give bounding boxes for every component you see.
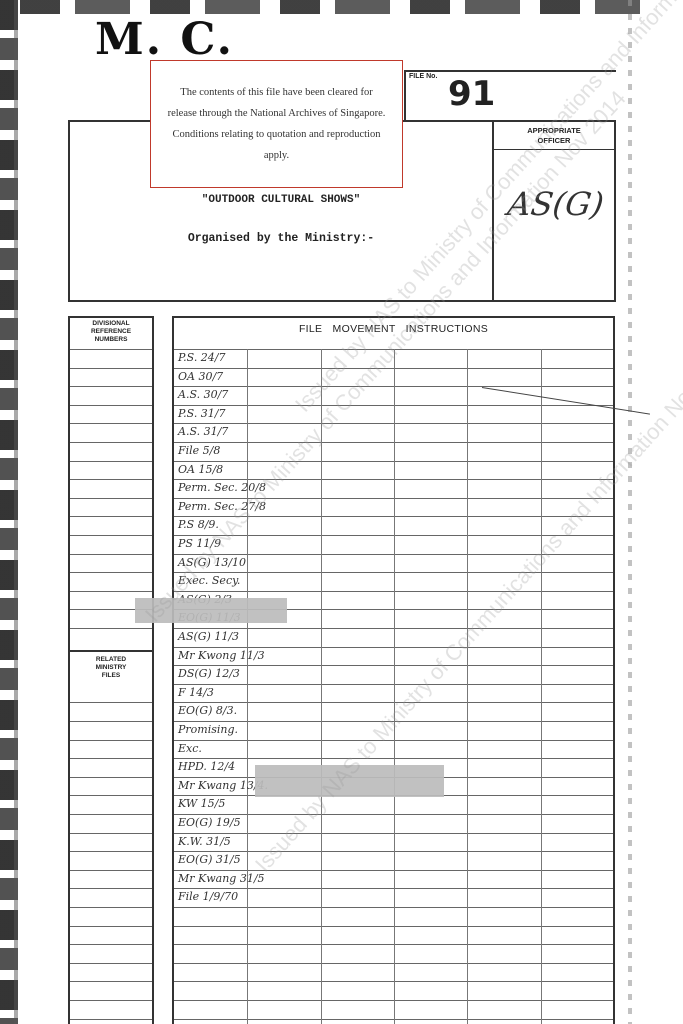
movement-entry: F 14/3 bbox=[178, 686, 214, 699]
movement-entry: OA 15/8 bbox=[178, 463, 223, 476]
table-column-line bbox=[321, 349, 322, 1024]
divisional-row-line bbox=[70, 833, 152, 834]
movement-entry: AS(G) 11/3 bbox=[178, 630, 239, 643]
divisional-row-line bbox=[70, 591, 152, 592]
divisional-row-line bbox=[70, 461, 152, 462]
divisional-row-line bbox=[70, 386, 152, 387]
notice-line: Conditions relating to quotation and rep… bbox=[151, 124, 402, 145]
release-notice: The contents of this file have been clea… bbox=[150, 60, 403, 188]
notice-line: apply. bbox=[151, 145, 402, 166]
related-files-divider bbox=[70, 650, 152, 652]
scan-edge-left-inner bbox=[14, 0, 18, 1024]
movement-entry: P.S. 24/7 bbox=[178, 351, 226, 364]
table-column-line bbox=[247, 349, 248, 1024]
divisional-row-line bbox=[70, 721, 152, 722]
movement-entry: HPD. 12/4 bbox=[178, 760, 235, 773]
divisional-row-line bbox=[70, 981, 152, 982]
div-label-line1: DIVISIONAL bbox=[70, 320, 152, 328]
movement-entry: KW 15/5 bbox=[178, 797, 225, 810]
movement-entry: EO(G) 8/3. bbox=[178, 704, 237, 717]
file-number-value: 91 bbox=[448, 74, 495, 114]
movement-entry: A.S. 30/7 bbox=[178, 388, 228, 401]
movement-entry: A.S. 31/7 bbox=[178, 425, 228, 438]
table-column-line bbox=[541, 349, 542, 1024]
movement-entry: DS(G) 12/3 bbox=[178, 667, 240, 680]
rel-label-line3: FILES bbox=[70, 672, 152, 680]
divisional-row-line bbox=[70, 498, 152, 499]
notice-line: release through the National Archives of… bbox=[151, 103, 402, 124]
movement-entry: EO(G) 19/5 bbox=[178, 816, 241, 829]
divisional-reference-label: DIVISIONAL REFERENCE NUMBERS bbox=[70, 320, 152, 344]
divisional-row-line bbox=[70, 702, 152, 703]
movement-entry: File 5/8 bbox=[178, 444, 220, 457]
divisional-row-line bbox=[70, 554, 152, 555]
divisional-row-line bbox=[70, 740, 152, 741]
movement-entry: Exc. bbox=[178, 742, 202, 755]
scan-edge-right bbox=[628, 0, 632, 1024]
divisional-row-line bbox=[70, 516, 152, 517]
movement-entry: File 1/9/70 bbox=[178, 890, 238, 903]
divisional-row-line bbox=[70, 349, 152, 350]
div-label-line3: NUMBERS bbox=[70, 336, 152, 344]
divisional-row-line bbox=[70, 1019, 152, 1020]
divisional-row-line bbox=[70, 423, 152, 424]
divisional-row-line bbox=[70, 758, 152, 759]
divisional-row-line bbox=[70, 888, 152, 889]
rel-label-line1: RELATED bbox=[70, 656, 152, 664]
movement-entry: Mr Kwong 11/3 bbox=[178, 649, 265, 662]
divisional-row-line bbox=[70, 851, 152, 852]
divisional-row-line bbox=[70, 1000, 152, 1001]
movement-entry: EO(G) 31/5 bbox=[178, 853, 241, 866]
divisional-row-line bbox=[70, 944, 152, 945]
movement-entry: K.W. 31/5 bbox=[178, 835, 231, 848]
table-column-line bbox=[394, 349, 395, 1024]
divisional-row-line bbox=[70, 405, 152, 406]
div-label-line2: REFERENCE bbox=[70, 328, 152, 336]
file-number-label: FILE No. bbox=[409, 73, 437, 80]
file-mark: M. C. bbox=[95, 14, 234, 65]
divisional-row-line bbox=[70, 535, 152, 536]
divisional-row-line bbox=[70, 479, 152, 480]
divisional-row-line bbox=[70, 870, 152, 871]
divisional-row-line bbox=[70, 814, 152, 815]
divisional-row-line bbox=[70, 963, 152, 964]
movement-entry: Mr Kwang 31/5 bbox=[178, 872, 265, 885]
divisional-row-line bbox=[70, 795, 152, 796]
divisional-row-line bbox=[70, 572, 152, 573]
divisional-row-line bbox=[70, 368, 152, 369]
related-ministry-files-label: RELATED MINISTRY FILES bbox=[70, 656, 152, 680]
movement-entry: OA 30/7 bbox=[178, 370, 223, 383]
scan-edge-top bbox=[20, 0, 640, 14]
movement-entry: P.S. 31/7 bbox=[178, 407, 226, 420]
divisional-row-line bbox=[70, 926, 152, 927]
divisional-row-line bbox=[70, 628, 152, 629]
divisional-row-line bbox=[70, 907, 152, 908]
subject-title: "OUTDOOR CULTURAL SHOWS" bbox=[68, 194, 494, 206]
rel-label-line2: MINISTRY bbox=[70, 664, 152, 672]
table-column-line bbox=[467, 349, 468, 1024]
divisional-row-line bbox=[70, 777, 152, 778]
divisional-row-line bbox=[70, 442, 152, 443]
notice-line: The contents of this file have been clea… bbox=[151, 82, 402, 103]
movement-entry: Promising. bbox=[178, 723, 238, 736]
